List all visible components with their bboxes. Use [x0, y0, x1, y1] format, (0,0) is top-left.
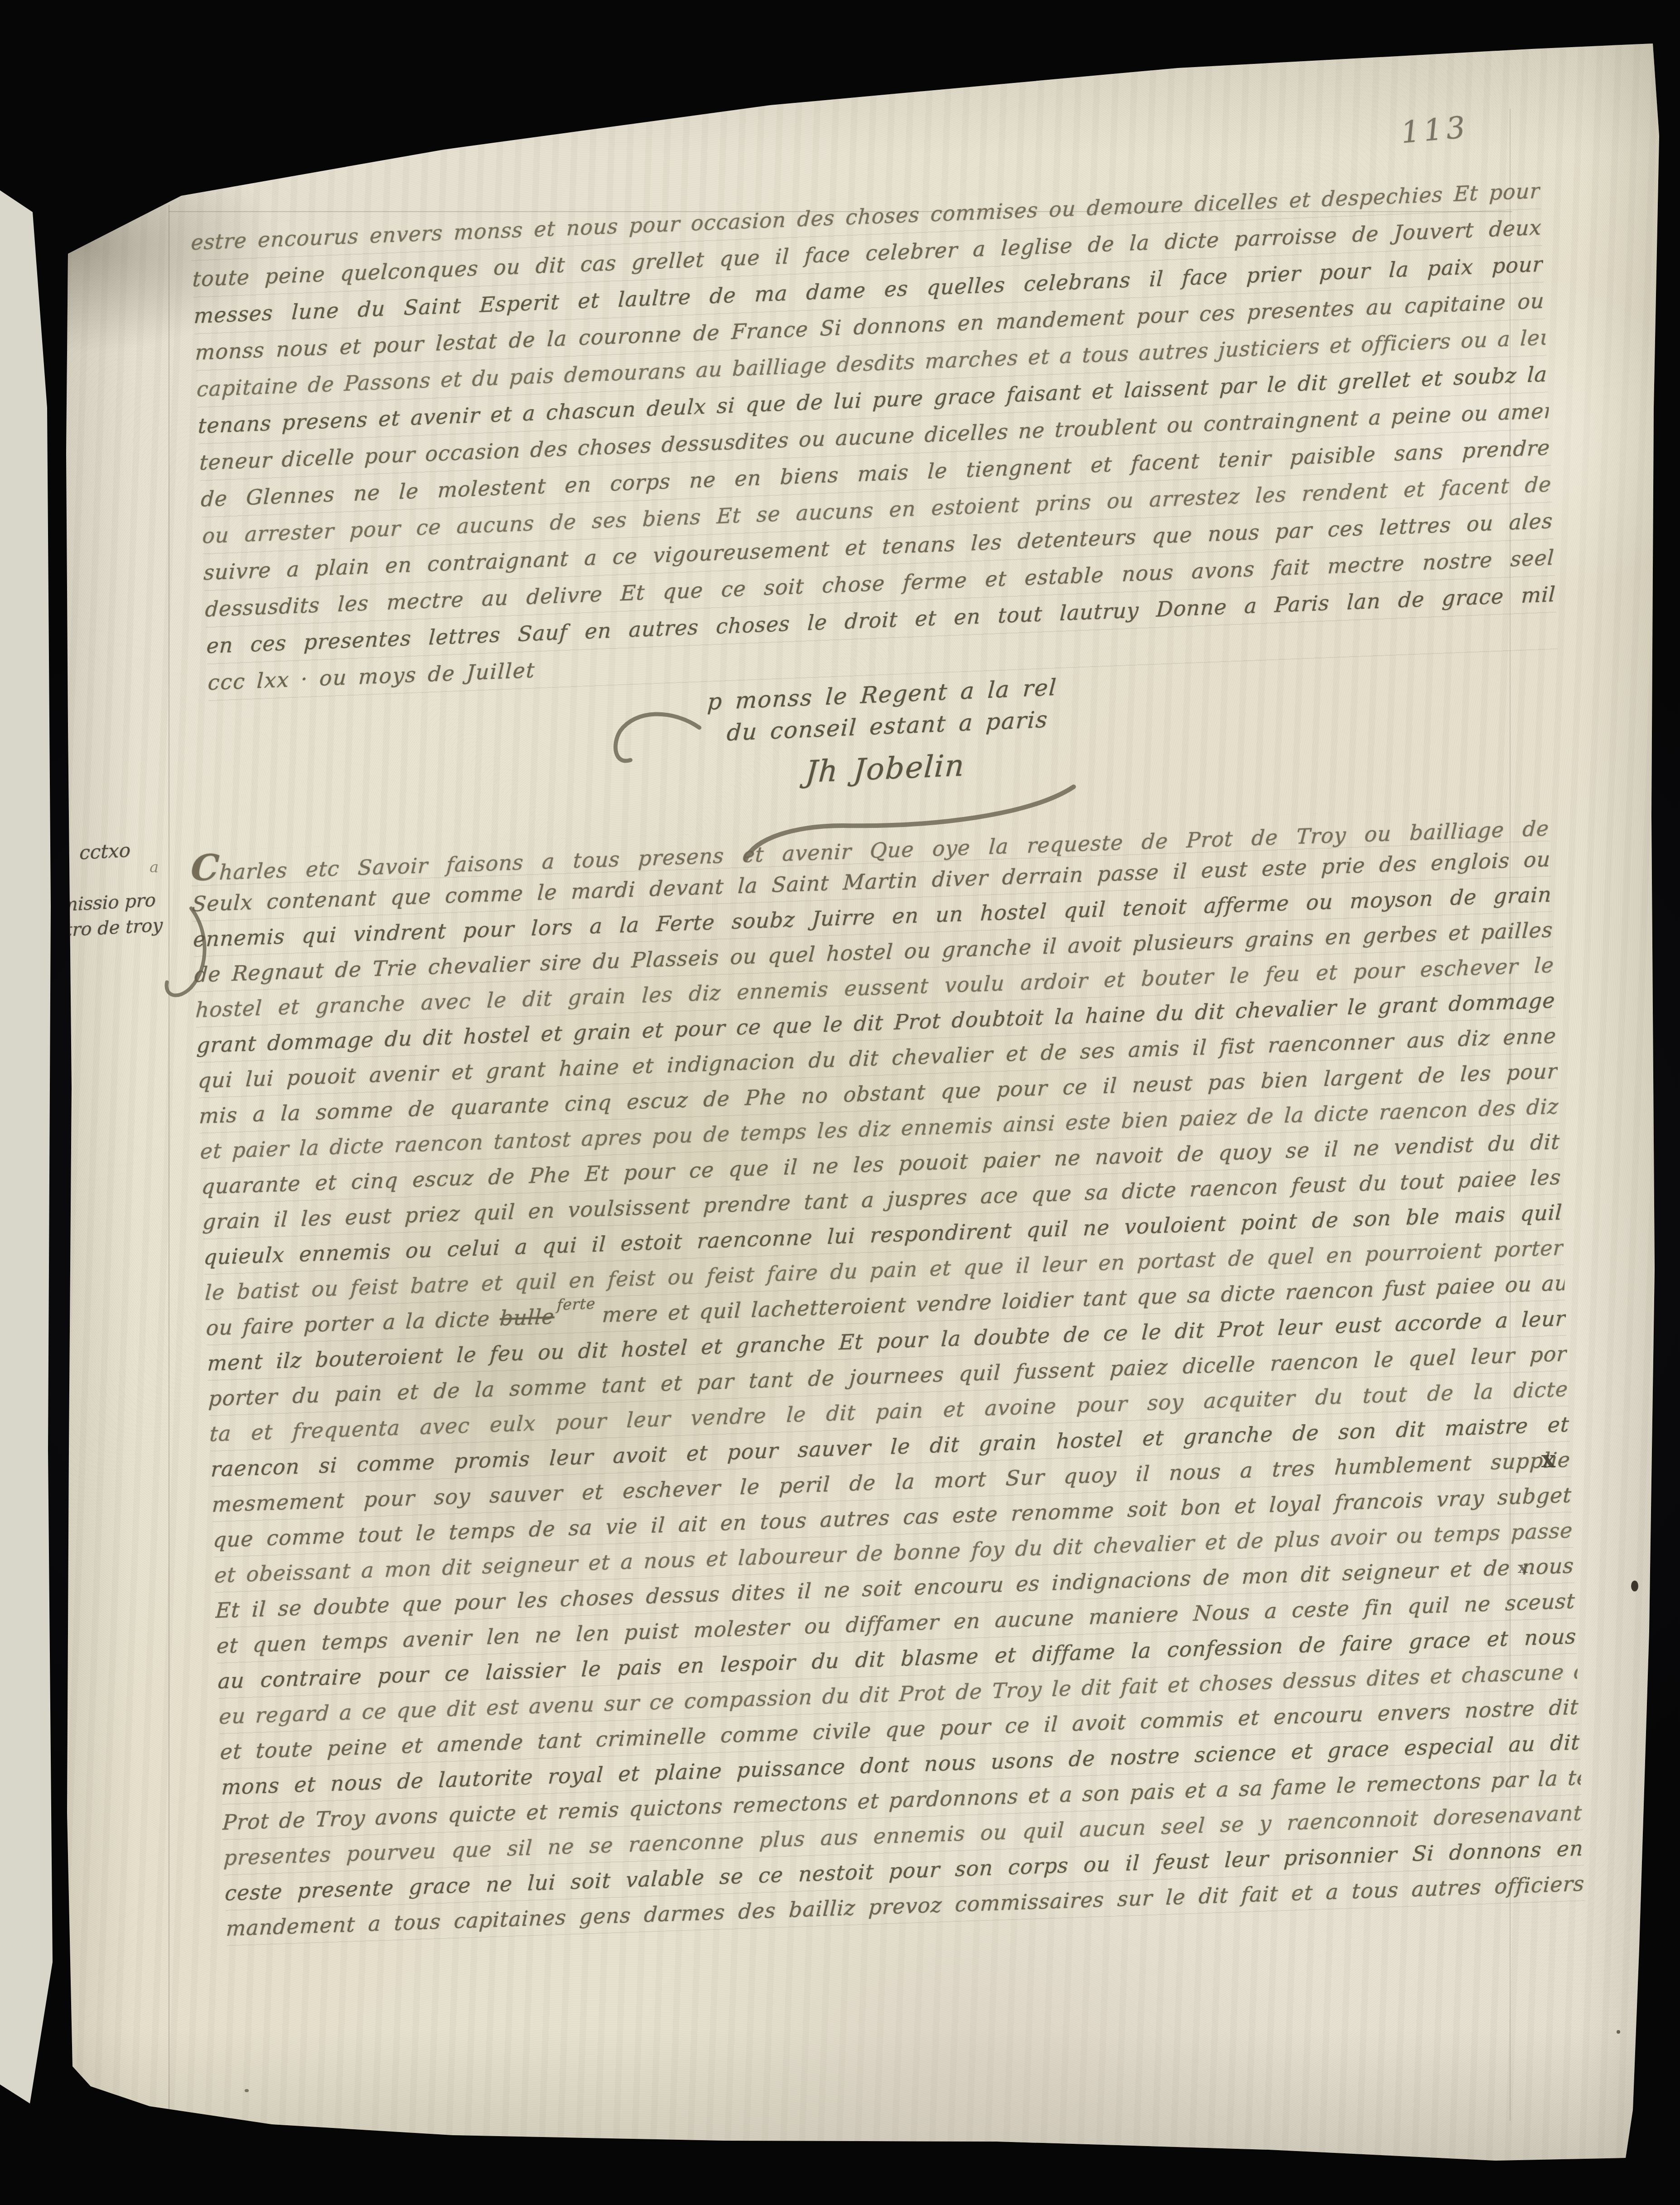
act2-text-block: Charles etc Savoir faisons a tous presen… [190, 806, 1585, 1946]
collation-x-mark-1: x [1541, 1446, 1555, 1473]
parchment-speck [245, 2089, 249, 2092]
struck-word: bulle [499, 1304, 555, 1330]
act1-text-block: estre encourus envers monss et nous pour… [190, 173, 1558, 701]
parchment-speck [1617, 2030, 1620, 2034]
endorsement-block: p monss le Regent a la rel du conseil es… [707, 670, 1164, 793]
margin-lead-mark: a [150, 858, 159, 876]
act2-correction-pre: ou faire porter a la dicte [205, 1306, 500, 1340]
margin-act-number: cctxo [79, 836, 193, 864]
parchment-hole [1631, 1581, 1638, 1591]
folio-number: 113 [1400, 110, 1470, 150]
collation-x-mark-2: x [1518, 1558, 1527, 1577]
paraph-flourish [608, 702, 706, 783]
margin-rubric-block: cctxo remissio pro petro de troy [38, 836, 197, 942]
left-margin-rule [169, 205, 169, 2135]
manuscript-photo: { "photo": { "background_color": "#0b0b0… [0, 0, 1680, 2205]
parchment-leaf: 113 estre encourus envers monss et nous … [0, 0, 1680, 2205]
